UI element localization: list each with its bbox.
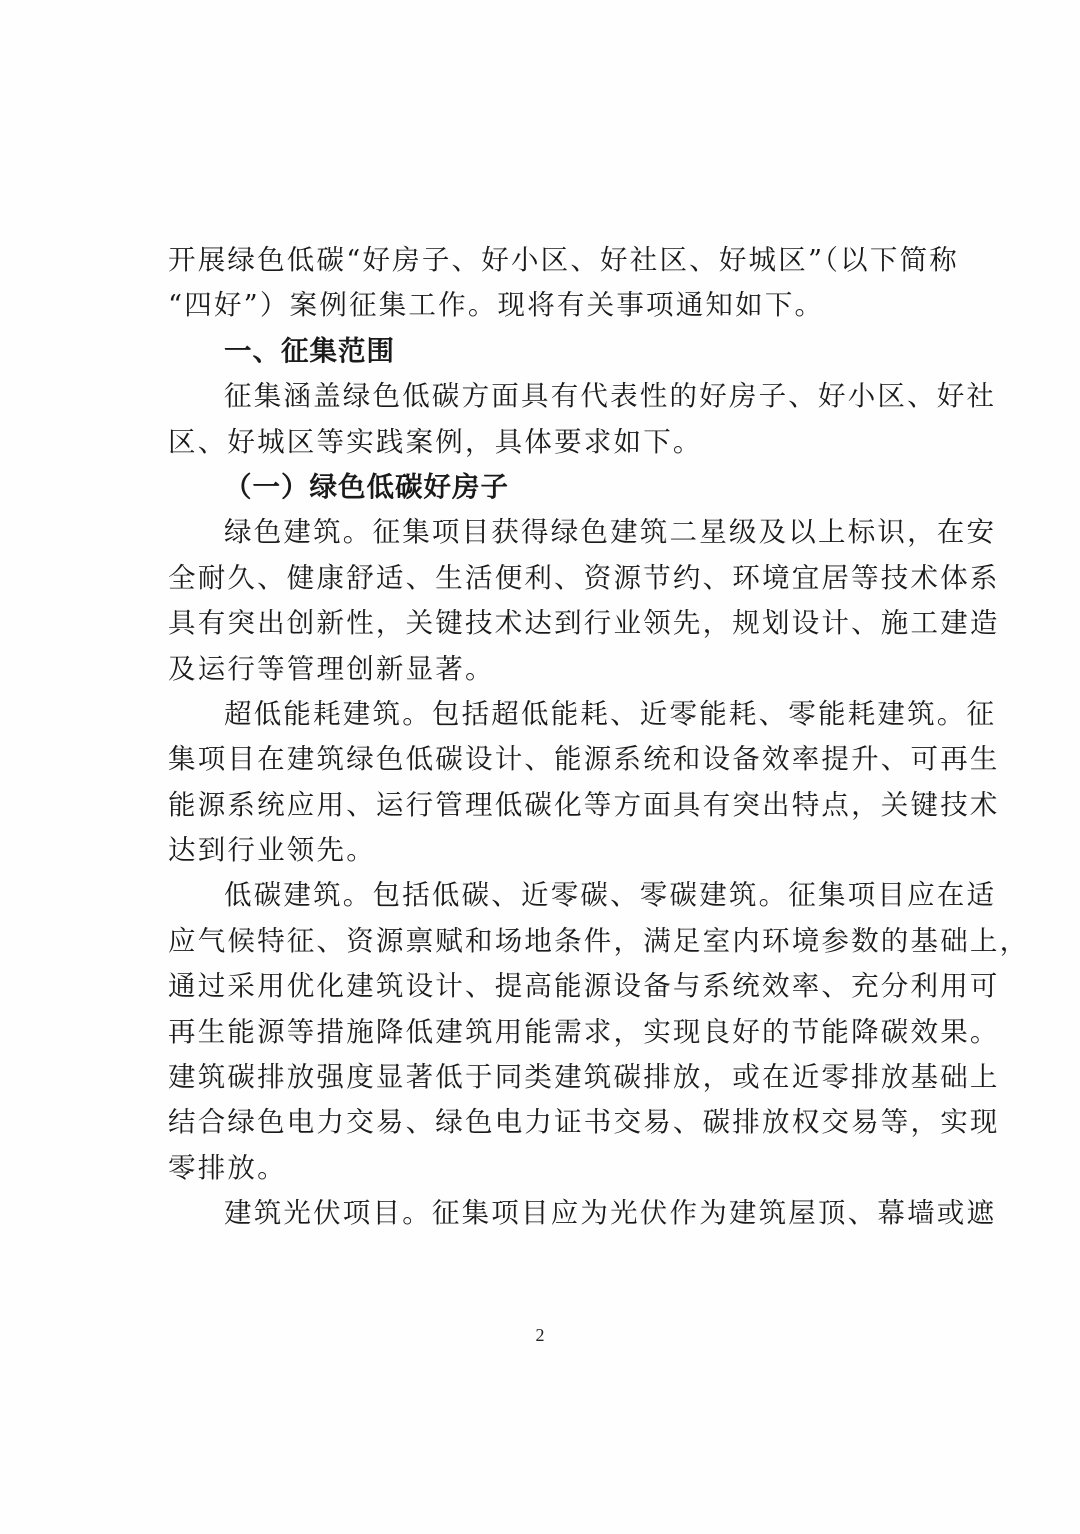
body-line: 开展绿色低碳“好房子、好小区、好社区、好城区”（以下简称 [168,238,910,283]
body-line: 结合绿色电力交易、绿色电力证书交易、碳排放权交易等，实现 [168,1100,910,1145]
document-page: 开展绿色低碳“好房子、好小区、好社区、好城区”（以下简称 “四好”）案例征集工作… [0,0,1080,1534]
body-line: 能源系统应用、运行管理低碳化等方面具有突出特点，关键技术 [168,783,910,828]
body-line: 集项目在建筑绿色低碳设计、能源系统和设备效率提升、可再生 [168,737,910,782]
body-line: 全耐久、健康舒适、生活便利、资源节约、环境宜居等技术体系 [168,556,910,601]
body-line: 再生能源等措施降低建筑用能需求，实现良好的节能降碳效果。 [168,1010,910,1055]
paragraph-ultra-low-energy-building: 超低能耗建筑。包括超低能耗、近零能耗、零能耗建筑。征 [168,692,910,737]
body-line: 征集涵盖绿色低碳方面具有代表性的好房子、好小区、好社 [168,374,910,419]
body-line: 应气候特征、资源禀赋和场地条件，满足室内环境参数的基础上， [168,919,910,964]
body-line: “四好”）案例征集工作。现将有关事项通知如下。 [168,283,910,328]
paragraph-low-carbon-building: 低碳建筑。包括低碳、近零碳、零碳建筑。征集项目应在适 [168,873,910,918]
body-line: 通过采用优化建筑设计、提高能源设备与系统效率、充分利用可 [168,964,910,1009]
section-heading-collection-scope: 一、征集范围 [168,329,910,374]
body-line: 及运行等管理创新显著。 [168,647,910,692]
body-line: 具有突出创新性，关键技术达到行业领先，规划设计、施工建造 [168,601,910,646]
body-line: 达到行业领先。 [168,828,910,873]
body-line: 建筑碳排放强度显著低于同类建筑碳排放，或在近零排放基础上 [168,1055,910,1100]
paragraph-building-pv-project: 建筑光伏项目。征集项目应为光伏作为建筑屋顶、幕墙或遮 [168,1191,910,1236]
body-line: 区、好城区等实践案例，具体要求如下。 [168,420,910,465]
document-body: 开展绿色低碳“好房子、好小区、好社区、好城区”（以下简称 “四好”）案例征集工作… [168,238,910,1237]
body-line: 零排放。 [168,1146,910,1191]
subsection-heading-green-low-carbon-houses: （一）绿色低碳好房子 [168,465,910,510]
paragraph-green-building: 绿色建筑。征集项目获得绿色建筑二星级及以上标识，在安 [168,510,910,555]
page-number: 2 [0,1325,1080,1346]
